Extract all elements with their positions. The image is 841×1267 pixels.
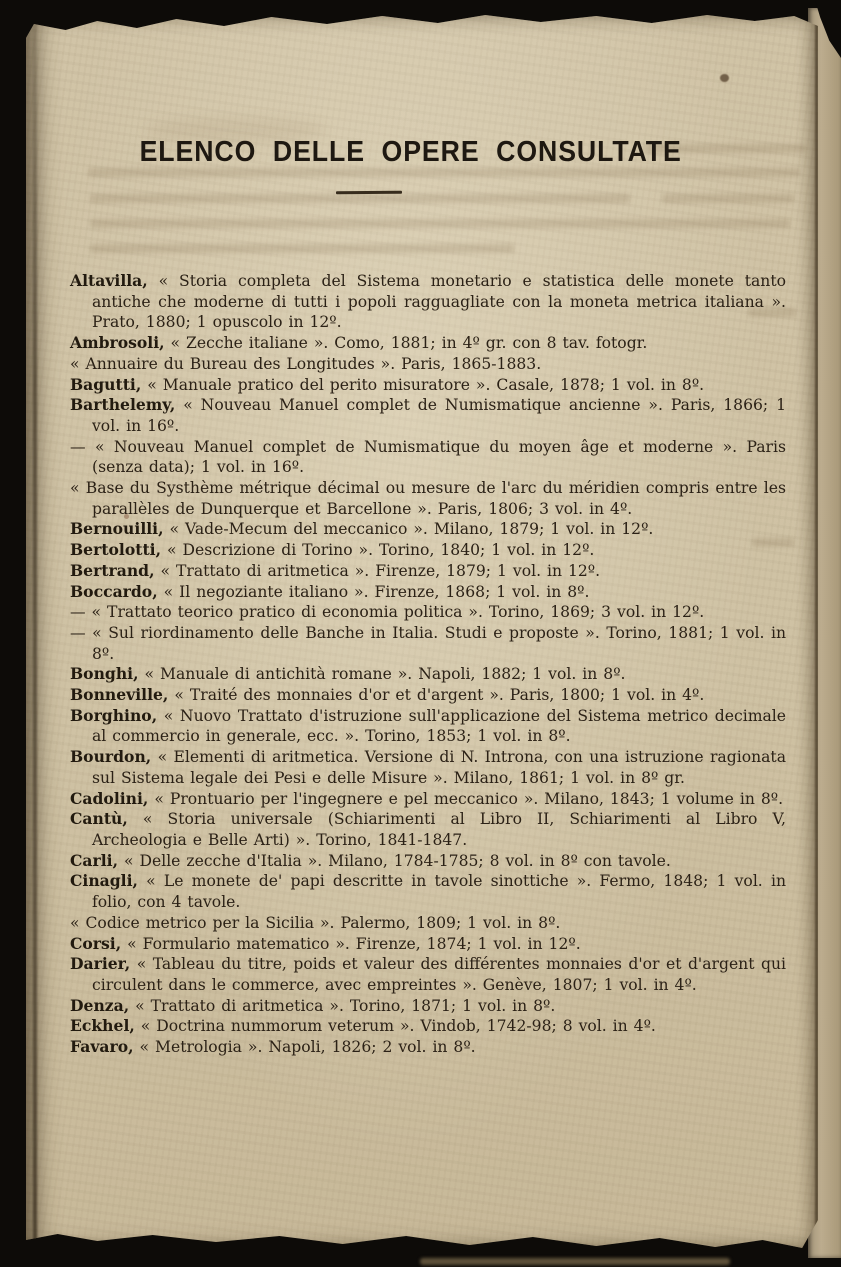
bibliography-entry: — « Nouveau Manuel complet de Numismatiq… [70,437,786,478]
entry-text: « Le monete de' papi descritte in tavole… [92,872,786,911]
entry-author: Barthelemy, [70,395,175,414]
bibliography-entry: Cinagli, « Le monete de' papi descritte … [70,871,786,912]
bibliography-entry: Boccardo, « Il negoziante italiano ». Fi… [70,582,786,603]
entry-text: « Trattato di aritmetica ». Firenze, 187… [160,562,600,580]
entry-text: « Annuaire du Bureau des Longitudes ». P… [70,355,541,373]
entry-author: Bonneville, [70,685,168,704]
bleed-through-text [662,194,794,203]
entry-text: « Descrizione di Torino ». Torino, 1840;… [167,541,594,559]
entry-text: — « Nouveau Manuel complet de Numismatiq… [70,438,786,477]
entry-text: « Nouveau Manuel complet de Numismatique… [92,396,786,435]
title-divider-rule [336,191,402,195]
bibliography-entry: — « Sul riordinamento delle Banche in It… [70,623,786,664]
entry-text: « Traité des monnaies d'or et d'argent »… [174,686,704,704]
page-right-edge [815,8,818,1258]
bibliography-entry: Bonghi, « Manuale di antichità romane ».… [70,664,786,685]
entry-text: « Zecche italiane ». Como, 1881; in 4º g… [171,334,648,352]
bibliography-entry: « Annuaire du Bureau des Longitudes ». P… [70,354,786,375]
bibliography-entry: « Base du Systhème métrique décimal ou m… [70,478,786,519]
bibliography-entry: Bagutti, « Manuale pratico del perito mi… [70,375,786,396]
entry-author: Favaro, [70,1037,134,1056]
entry-author: Boccardo, [70,582,158,601]
entry-text: « Trattato di aritmetica ». Torino, 1871… [135,997,555,1015]
bibliography-entry: Favaro, « Metrologia ». Napoli, 1826; 2 … [70,1037,786,1058]
bibliography-entry: Bertrand, « Trattato di aritmetica ». Fi… [70,561,786,582]
entry-author: Darier, [70,954,130,973]
book-scan: ELENCO DELLE OPERE CONSULTATE Altavilla,… [0,0,841,1267]
bibliography-entry: Cantù, « Storia universale (Schiarimenti… [70,809,786,850]
entry-text: — « Trattato teorico pratico di economia… [70,603,704,621]
entry-author: Bagutti, [70,375,141,394]
bleed-through-text [90,219,790,228]
entry-author: Bonghi, [70,664,139,683]
entry-text: « Manuale di antichità romane ». Napoli,… [144,665,625,683]
entry-author: Denza, [70,996,129,1015]
entry-text: « Storia completa del Sistema monetario … [92,272,786,331]
entry-author: Ambrosoli, [70,333,165,352]
entry-text: « Storia universale (Schiarimenti al Lib… [92,810,786,849]
bibliography-entry: Eckhel, « Doctrina nummorum veterum ». V… [70,1016,786,1037]
bibliography-entry: Bourdon, « Elementi di aritmetica. Versi… [70,747,786,788]
entry-text: « Delle zecche d'Italia ». Milano, 1784-… [124,852,671,870]
bibliography-entry: Cadolini, « Prontuario per l'ingegnere e… [70,789,786,810]
entry-text: « Manuale pratico del perito misuratore … [147,376,704,394]
entry-author: Bertolotti, [70,540,161,559]
entry-author: Cadolini, [70,789,148,808]
book-page: ELENCO DELLE OPERE CONSULTATE Altavilla,… [26,8,818,1258]
bibliography-entry: Carli, « Delle zecche d'Italia ». Milano… [70,851,786,872]
entry-text: « Elementi di aritmetica. Versione di N.… [92,748,786,787]
entry-author: Bertrand, [70,561,155,580]
spine-crease [33,8,37,1258]
entry-text: « Tableau du titre, poids et valeur des … [92,955,786,994]
entry-author: Bourdon, [70,747,151,766]
entry-author: Altavilla, [70,271,148,290]
bibliography-entry: Altavilla, « Storia completa del Sistema… [70,271,786,333]
page-title: ELENCO DELLE OPERE CONSULTATE [26,136,795,169]
foxing-spot [720,74,729,82]
entry-text: « Codice metrico per la Sicilia ». Paler… [70,914,560,932]
entry-author: Eckhel, [70,1016,135,1035]
entry-author: Borghino, [70,706,157,725]
entry-author: Carli, [70,851,118,870]
bibliography-entry: Barthelemy, « Nouveau Manuel complet de … [70,395,786,436]
bibliography-entry: Borghino, « Nuovo Trattato d'istruzione … [70,706,786,747]
bibliography-entry: Denza, « Trattato di aritmetica ». Torin… [70,996,786,1017]
entry-text: « Formulario matematico ». Firenze, 1874… [127,935,581,953]
entry-text: « Doctrina nummorum veterum ». Vindob, 1… [141,1017,656,1035]
entry-author: Bernouilli, [70,519,164,538]
entry-text: « Nuovo Trattato d'istruzione sull'appli… [92,707,786,746]
bibliography-entry: Ambrosoli, « Zecche italiane ». Como, 18… [70,333,786,354]
entry-author: Cinagli, [70,871,138,890]
bibliography-entry: Darier, « Tableau du titre, poids et val… [70,954,786,995]
bibliography-entry: — « Trattato teorico pratico di economia… [70,602,786,623]
bibliography-list: Altavilla, « Storia completa del Sistema… [70,271,786,1058]
bleed-through-text [88,168,800,177]
entry-text: « Vade-Mecum del meccanico ». Milano, 18… [170,520,654,538]
bibliography-entry: Bertolotti, « Descrizione di Torino ». T… [70,540,786,561]
entry-author: Corsi, [70,934,121,953]
next-page-edge [420,1258,730,1265]
entry-text: « Il negoziante italiano ». Firenze, 186… [164,583,590,601]
entry-author: Cantù, [70,809,128,828]
entry-text: « Base du Systhème métrique décimal ou m… [70,479,786,518]
bibliography-entry: « Codice metrico per la Sicilia ». Paler… [70,913,786,934]
bleed-through-text [90,194,630,203]
entry-text: « Metrologia ». Napoli, 1826; 2 vol. in … [140,1038,476,1056]
bibliography-entry: Bernouilli, « Vade-Mecum del meccanico »… [70,519,786,540]
page-title-text: ELENCO DELLE OPERE CONSULTATE [139,136,681,169]
entry-text: « Prontuario per l'ingegnere e pel mecca… [154,790,783,808]
bibliography-entry: Bonneville, « Traité des monnaies d'or e… [70,685,786,706]
bibliography-entry: Corsi, « Formulario matematico ». Firenz… [70,934,786,955]
entry-text: — « Sul riordinamento delle Banche in It… [70,624,786,663]
bleed-through-text [90,244,514,253]
